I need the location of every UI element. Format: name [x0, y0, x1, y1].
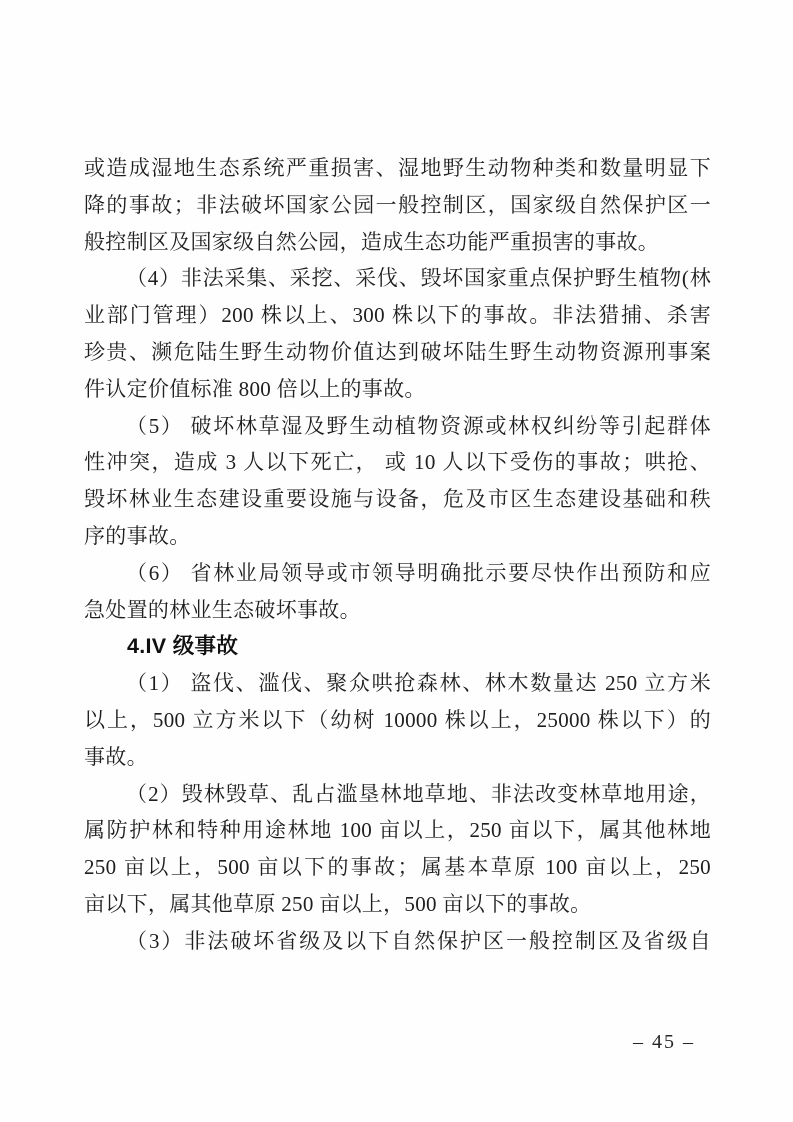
text-line: 或造成湿地生态系统严重损害、湿地野生动物种类和数量明显下: [84, 150, 711, 187]
text-line: 250 亩以上，500 亩以下的事故；属基本草原 100 亩以上，250: [84, 849, 711, 886]
text-line: 性冲突，造成 3 人以下死亡， 或 10 人以下受伤的事故；哄抢、: [84, 444, 711, 481]
text-line: 般控制区及国家级自然公园，造成生态功能严重损害的事故。: [84, 224, 711, 261]
section-heading: 4.IV 级事故: [84, 628, 711, 665]
text-line: 属防护林和特种用途林地 100 亩以上，250 亩以下，属其他林地: [84, 812, 711, 849]
page-number: – 45 –: [633, 1028, 695, 1056]
text-line: 珍贵、濒危陆生野生动物价值达到破坏陆生野生动物资源刑事案: [84, 334, 711, 371]
text-line: 亩以下，属其他草原 250 亩以上，500 亩以下的事故。: [84, 886, 711, 923]
text-line: （6） 省林业局领导或市领导明确批示要尽快作出预防和应: [84, 555, 711, 592]
text-line: （3）非法破坏省级及以下自然保护区一般控制区及省级自: [84, 923, 711, 960]
text-line: 以上，500 立方米以下（幼树 10000 株以上，25000 株以下）的: [84, 702, 711, 739]
text-line: 毁坏林业生态建设重要设施与设备，危及市区生态建设基础和秩: [84, 481, 711, 518]
text-line: 件认定价值标准 800 倍以上的事故。: [84, 371, 711, 408]
text-line: 序的事故。: [84, 518, 711, 555]
text-line: 降的事故；非法破坏国家公园一般控制区，国家级自然保护区一: [84, 187, 711, 224]
text-line: 事故。: [84, 739, 711, 776]
document-page: 或造成湿地生态系统严重损害、湿地野生动物种类和数量明显下 降的事故；非法破坏国家…: [0, 0, 793, 1122]
text-line: （1） 盗伐、滥伐、聚众哄抢森林、林木数量达 250 立方米: [84, 665, 711, 702]
text-line: （4）非法采集、采挖、采伐、毁坏国家重点保护野生植物(林: [84, 260, 711, 297]
text-line: 业部门管理）200 株以上、300 株以下的事故。非法猎捕、杀害: [84, 297, 711, 334]
text-line: （5） 破坏林草湿及野生动植物资源或林权纠纷等引起群体: [84, 408, 711, 445]
text-line: （2）毁林毁草、乱占滥垦林地草地、非法改变林草地用途，: [84, 776, 711, 813]
text-line: 急处置的林业生态破坏事故。: [84, 592, 711, 629]
document-body: 或造成湿地生态系统严重损害、湿地野生动物种类和数量明显下 降的事故；非法破坏国家…: [84, 150, 711, 960]
